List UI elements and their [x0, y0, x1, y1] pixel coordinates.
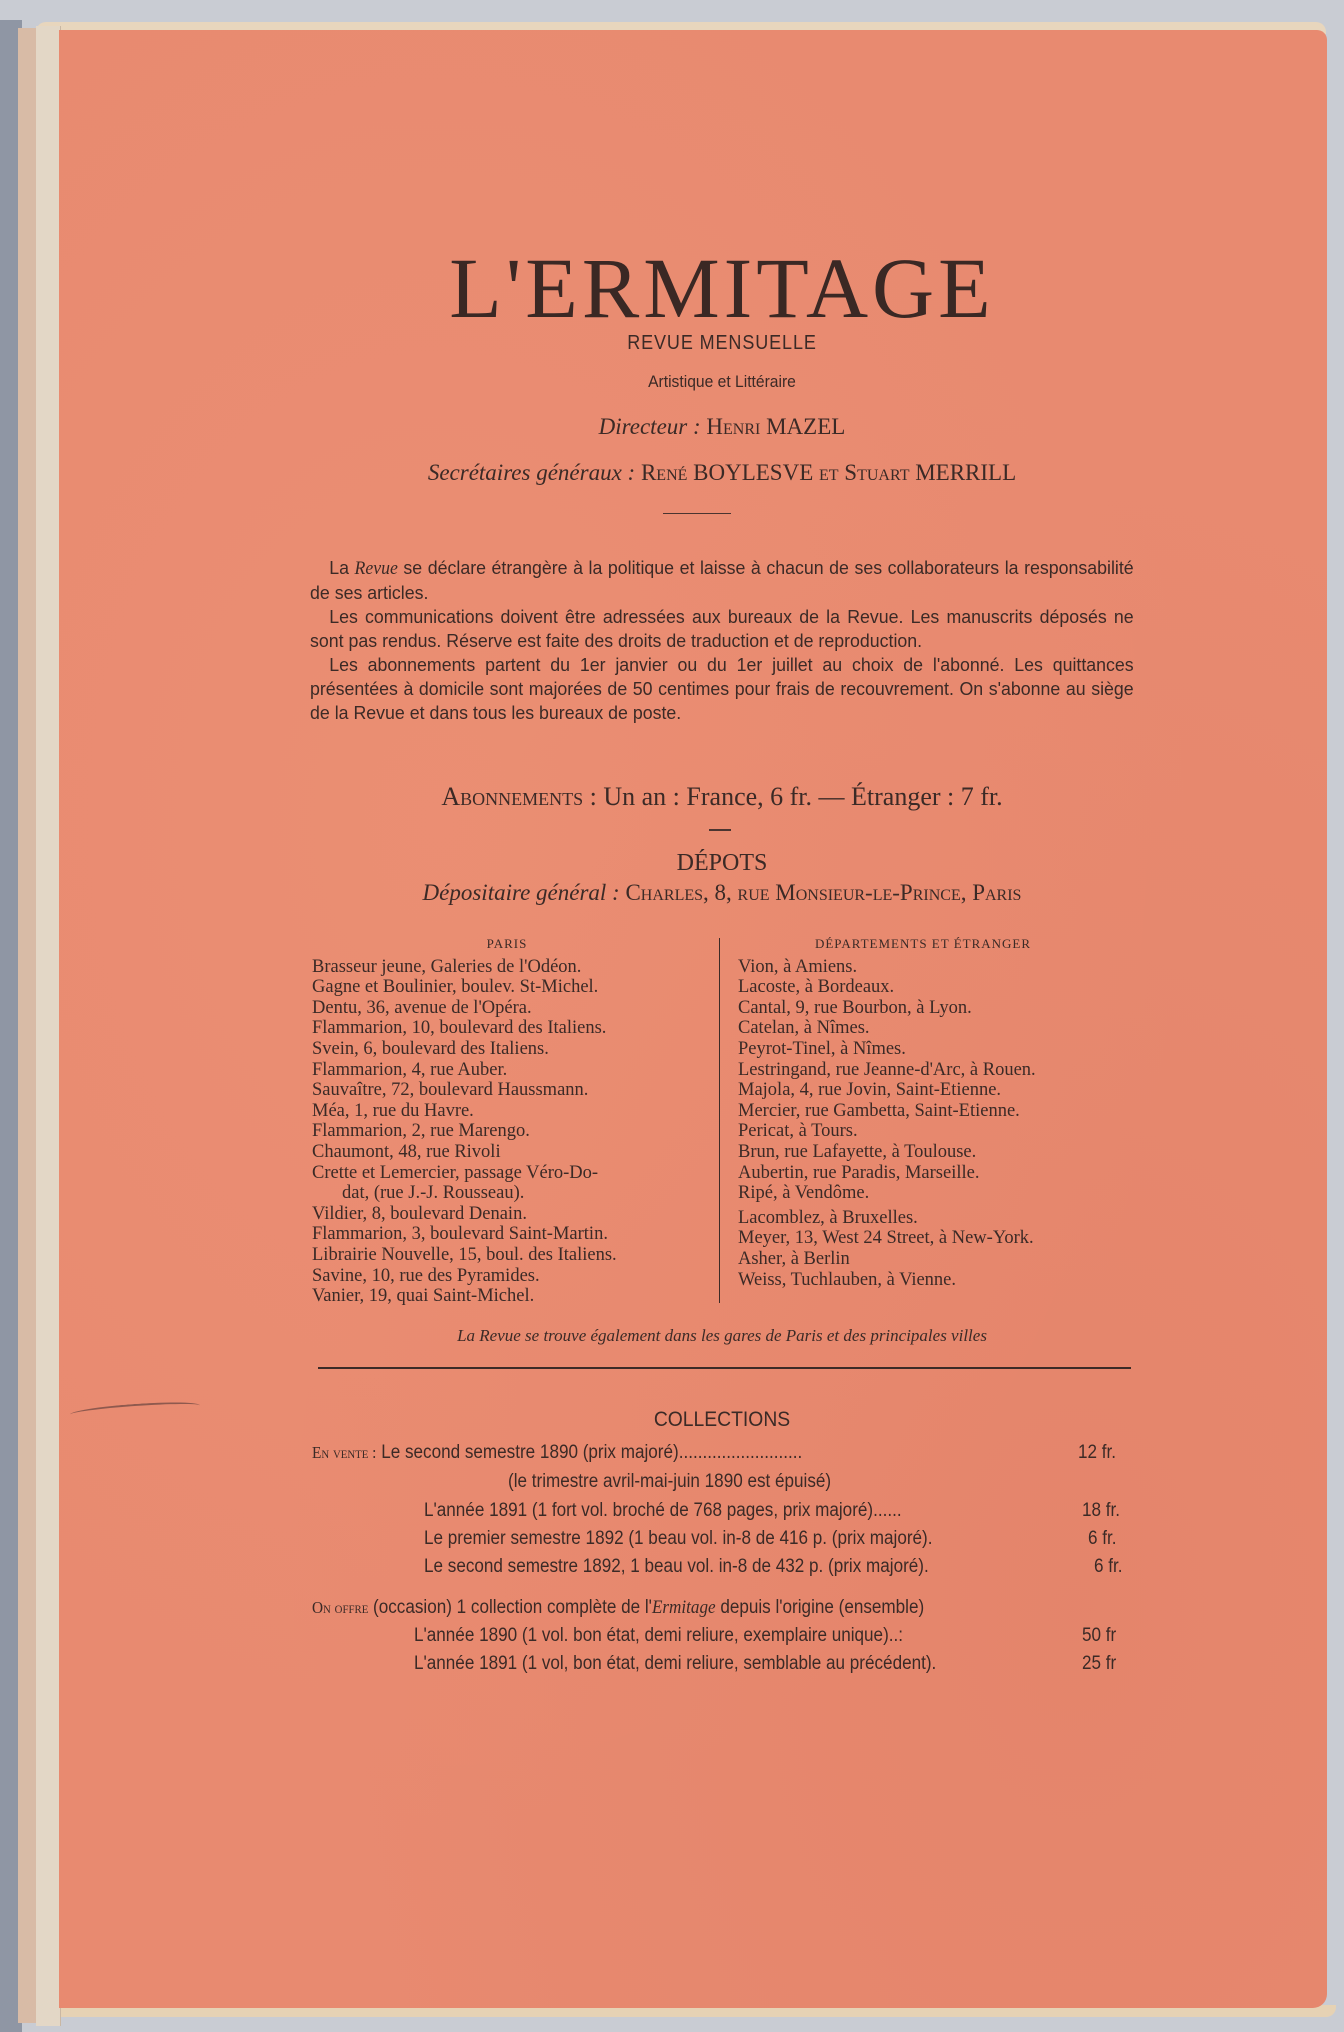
list-item: Chaumont, 48, rue Rivoli	[312, 1142, 712, 1163]
editorial-notice: La Revue se déclare étrangère à la polit…	[310, 556, 1134, 725]
offer-price: 50 fr	[1082, 1625, 1116, 1647]
list-item: Lestringand, rue Jeanne-d'Arc, à Rouen.	[738, 1060, 1158, 1081]
subscription-prices: Abonnements : Un an : France, 6 fr. — Ét…	[0, 782, 1344, 812]
list-item: Vanier, 19, quai Saint-Michel.	[312, 1286, 712, 1307]
list-item: Mercier, rue Gambetta, Saint-Etienne.	[738, 1101, 1158, 1122]
list-item: Catelan, à Nîmes.	[738, 1018, 1158, 1039]
journal-tagline: Artistique et Littéraire	[58, 372, 1344, 392]
for-sale-row: Le second semestre 1892, 1 beau vol. in-…	[424, 1556, 929, 1578]
list-item: Flammarion, 2, rue Marengo.	[312, 1121, 712, 1142]
general-depositary: Dépositaire général : Charles, 8, rue Mo…	[0, 880, 1344, 906]
journal-name-italic: Ermitage	[652, 1597, 716, 1618]
list-item: Peyrot-Tinel, à Nîmes.	[738, 1039, 1158, 1060]
list-item: Weiss, Tuchlauben, à Vienne.	[738, 1270, 1158, 1291]
list-item: Brasseur jeune, Galeries de l'Odéon.	[312, 957, 712, 978]
secretaries-label: Secrétaires généraux :	[428, 460, 635, 485]
for-sale-label: En vente :	[312, 1443, 376, 1462]
stations-note: La Revue se trouve également dans les ga…	[0, 1326, 1344, 1346]
for-sale-row: En vente : Le second semestre 1890 (prix…	[312, 1442, 802, 1464]
depots-heading: DÉPOTS	[0, 850, 1344, 877]
notice-paragraph: Les abonnements partent du 1er janvier o…	[310, 653, 1134, 725]
list-item: Pericat, à Tours.	[738, 1121, 1158, 1142]
paris-depots-column: PARIS Brasseur jeune, Galeries de l'Odéo…	[312, 934, 712, 1307]
list-item: Gagne et Boulinier, boulev. St-Michel.	[312, 977, 712, 998]
list-item: Majola, 4, rue Jovin, Saint-Etienne.	[738, 1080, 1158, 1101]
for-sale-row: L'année 1891 (1 fort vol. broché de 768 …	[424, 1500, 902, 1522]
list-item: Dentu, 36, avenue de l'Opéra.	[312, 998, 712, 1019]
secretaries-line: Secrétaires généraux : René BOYLESVE et …	[0, 460, 1344, 486]
depositary-value: Charles, 8, rue Monsieur-le-Prince, Pari…	[625, 880, 1021, 905]
list-item: Lacoste, à Bordeaux.	[738, 977, 1158, 998]
offer-label: On offre	[312, 1598, 368, 1617]
item-price: 6 fr.	[1094, 1556, 1123, 1578]
item-price: 6 fr.	[1088, 1528, 1117, 1550]
list-item: Vildier, 8, boulevard Denain.	[312, 1204, 712, 1225]
list-item: Crette et Lemercier, passage Véro-Do-	[312, 1163, 712, 1184]
list-item: Asher, à Berlin	[738, 1249, 1158, 1270]
subscription-label: Abonnements	[441, 782, 583, 811]
list-item: Sauvaître, 72, boulevard Haussmann.	[312, 1080, 712, 1101]
list-item: Flammarion, 3, boulevard Saint-Martin.	[312, 1224, 712, 1245]
list-item: Méa, 1, rue du Havre.	[312, 1101, 712, 1122]
notice-paragraph: La Revue se déclare étrangère à la polit…	[310, 556, 1134, 605]
director-label: Directeur :	[599, 414, 701, 439]
list-item: Ripé, à Vendôme.	[738, 1183, 1158, 1204]
column-divider	[719, 938, 720, 1303]
list-item: Savine, 10, rue des Pyramides.	[312, 1266, 712, 1287]
director-name: Henri MAZEL	[706, 414, 845, 439]
notice-paragraph: Les communications doivent être adressée…	[310, 605, 1134, 653]
list-item: Flammarion, 4, rue Auber.	[312, 1060, 712, 1081]
list-item: Vion, à Amiens.	[738, 957, 1158, 978]
list-item: Brun, rue Lafayette, à Toulouse.	[738, 1142, 1158, 1163]
offer-price: 25 fr	[1082, 1653, 1116, 1675]
journal-title: L'ERMITAGE	[0, 238, 1344, 338]
list-item: Cantal, 9, rue Bourbon, à Lyon.	[738, 998, 1158, 1019]
director-line: Directeur : Henri MAZEL	[0, 414, 1344, 440]
divider-dash	[709, 829, 731, 831]
item-price: 18 fr.	[1082, 1500, 1120, 1522]
offer-row: On offre (occasion) 1 collection complèt…	[312, 1597, 924, 1619]
departments-heading: DÉPARTEMENTS ET ÉTRANGER	[738, 934, 1108, 955]
offer-item: L'année 1891 (1 vol, bon état, demi reli…	[414, 1653, 936, 1675]
subscription-text: : Un an : France, 6 fr. — Étranger : 7 f…	[583, 782, 1003, 811]
collections-heading: COLLECTIONS	[58, 1408, 1344, 1432]
departments-depots-column: DÉPARTEMENTS ET ÉTRANGER Vion, à Amiens.…	[738, 934, 1158, 1290]
section-rule	[318, 1367, 1131, 1369]
divider-rule	[663, 513, 731, 514]
paris-heading: PARIS	[312, 934, 702, 955]
list-item: Lacomblez, à Bruxelles.	[738, 1208, 1158, 1229]
offer-item: L'année 1890 (1 vol. bon état, demi reli…	[414, 1625, 903, 1647]
list-item: Flammarion, 10, boulevard des Italiens.	[312, 1018, 712, 1039]
for-sale-note: (le trimestre avril-mai-juin 1890 est ép…	[508, 1471, 831, 1493]
list-item-continuation: dat, (rue J.-J. Rousseau).	[312, 1183, 712, 1204]
list-item: Librairie Nouvelle, 15, boul. des Italie…	[312, 1245, 712, 1266]
journal-subtitle: REVUE MENSUELLE	[72, 332, 1344, 355]
secretaries-names: René BOYLESVE et Stuart MERRILL	[641, 460, 1016, 485]
item-description: Le second semestre 1890 (prix majoré)...…	[381, 1442, 802, 1463]
depositary-label: Dépositaire général :	[423, 880, 620, 905]
list-item: Meyer, 13, West 24 Street, à New-York.	[738, 1228, 1158, 1249]
item-price: 12 fr.	[1078, 1442, 1116, 1464]
list-item: Aubertin, rue Paradis, Marseille.	[738, 1163, 1158, 1184]
list-item: Svein, 6, boulevard des Italiens.	[312, 1039, 712, 1060]
for-sale-row: Le premier semestre 1892 (1 beau vol. in…	[424, 1528, 933, 1550]
